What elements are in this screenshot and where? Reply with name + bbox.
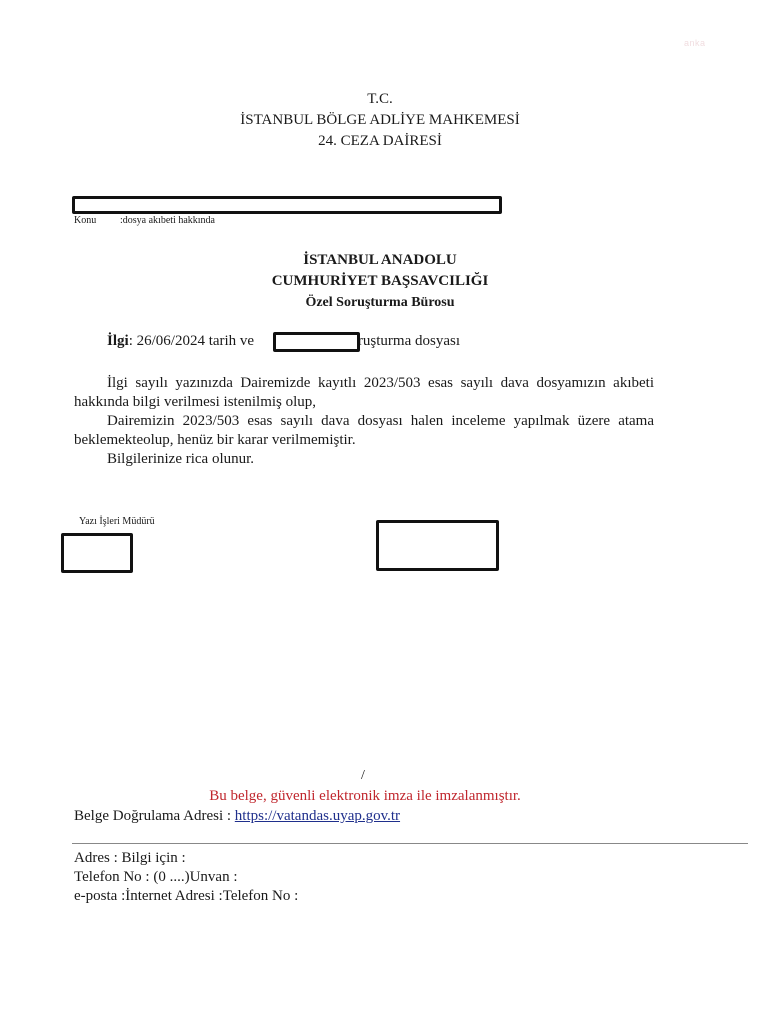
addressee-line3: Özel Soruşturma Bürosu [0, 292, 760, 313]
watermark: anka [684, 38, 706, 48]
redaction-box-investigation-number [273, 332, 360, 352]
esign-notice: Bu belge, güvenli elektronik imza ile im… [0, 788, 730, 805]
body-paragraph: Dairemizin 2023/503 esas sayılı dava dos… [74, 412, 654, 450]
verification-link[interactable]: https://vatandas.uyap.gov.tr [235, 808, 400, 824]
addressee-block: İSTANBUL ANADOLU CUMHURİYET BAŞSAVCILIĞI… [0, 250, 760, 313]
footer-address: Adres : Bilgi için : [74, 849, 298, 868]
addressee-line2: CUMHURİYET BAŞSAVCILIĞI [0, 271, 760, 292]
header-tc: T.C. [0, 89, 760, 110]
footer-phone: Telefon No : (0 ....)Unvan : [74, 868, 298, 887]
body-paragraph: İlgi sayılı yazınızda Dairemizde kayıtlı… [74, 374, 654, 412]
signature-slash: / [361, 768, 365, 784]
header-chamber: 24. CEZA DAİRESİ [0, 131, 760, 152]
redaction-box-signatory-name [61, 533, 133, 573]
verification-line: Belge Doğrulama Adresi : https://vatanda… [74, 808, 400, 825]
footer-separator [72, 843, 748, 844]
header-court: İSTANBUL BÖLGE ADLİYE MAHKEMESİ [0, 110, 760, 131]
reference-label: İlgi [107, 333, 129, 349]
subject-value: :dosya akıbeti hakkında [120, 215, 215, 226]
letter-body: İlgi sayılı yazınızda Dairemizde kayıtlı… [74, 374, 654, 469]
body-paragraph: Bilgilerinize rica olunur. [74, 450, 654, 469]
reference-text-before: : 26/06/2024 tarih ve [129, 333, 254, 349]
subject-line: Konu:dosya akıbeti hakkında [74, 215, 215, 226]
footer-block: Adres : Bilgi için : Telefon No : (0 ...… [74, 849, 298, 906]
signatory-role: Yazı İşleri Müdürü [79, 516, 155, 527]
redaction-box-file-number [72, 196, 502, 214]
subject-label: Konu [74, 215, 120, 226]
footer-email: e-posta :İnternet Adresi :Telefon No : [74, 887, 298, 906]
document-header: T.C. İSTANBUL BÖLGE ADLİYE MAHKEMESİ 24.… [0, 89, 760, 152]
redaction-box-judge-signature [376, 520, 499, 571]
verification-label: Belge Doğrulama Adresi : [74, 808, 235, 824]
addressee-line1: İSTANBUL ANADOLU [0, 250, 760, 271]
